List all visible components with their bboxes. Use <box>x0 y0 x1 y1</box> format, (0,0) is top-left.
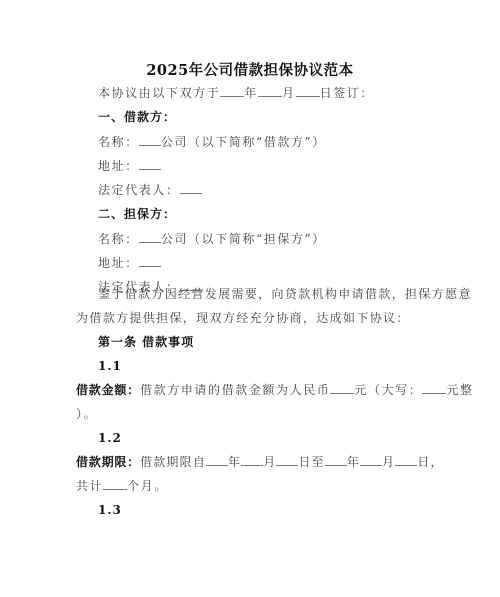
intro-year: 年 <box>244 86 258 100</box>
loan-amount-uppercase-label: 元（大写： <box>354 383 422 397</box>
blank-end-day <box>395 453 417 466</box>
guarantor-heading: 二、担保方： <box>98 205 458 223</box>
borrower-address-line: 地址： <box>98 157 458 175</box>
blank-end-year <box>325 453 347 466</box>
blank-start-day <box>276 453 298 466</box>
intro-suffix: 日签订： <box>320 86 374 100</box>
blank-amount-figures <box>330 381 354 394</box>
loan-term-text: 借款期限自 <box>140 455 206 469</box>
borrower-heading: 一、借款方： <box>98 108 458 126</box>
intro-line: 本协议由以下双方于年月日签订： <box>98 84 458 102</box>
clause-1-2-line: 借款期限：借款期限自年月日至年月日， <box>76 453 436 471</box>
blank-borrower-name <box>139 133 161 146</box>
intro-month: 月 <box>282 86 296 100</box>
blank-year <box>220 84 244 97</box>
borrower-name-label: 名称： <box>98 135 139 149</box>
end-month-unit: 月 <box>382 455 395 469</box>
blank-start-year <box>206 453 228 466</box>
blank-borrower-address <box>139 157 161 170</box>
document-title: 2025年公司借款担保协议范本 <box>0 59 500 80</box>
total-suffix: 个月。 <box>127 479 168 493</box>
loan-amount-text: 借款方申请的借款金额为人民币 <box>140 383 330 397</box>
blank-start-month <box>241 453 263 466</box>
end-day-unit: 日， <box>417 455 443 469</box>
blank-total-months <box>103 477 127 490</box>
blank-guarantor-name <box>139 230 161 243</box>
clause-1-2-total: 共计个月。 <box>76 477 436 495</box>
blank-month <box>258 84 282 97</box>
loan-term-label: 借款期限： <box>76 455 140 469</box>
borrower-name-suffix: 公司（以下简称“借款方”） <box>161 135 326 149</box>
blank-end-month <box>360 453 382 466</box>
blank-day <box>296 84 320 97</box>
blank-guarantor-address <box>139 254 161 267</box>
guarantor-name-line: 名称：公司（以下简称“担保方”） <box>98 230 458 248</box>
borrower-address-label: 地址： <box>98 159 139 173</box>
loan-amount-label: 借款金额： <box>76 383 140 397</box>
document-page: 2025年公司借款担保协议范本 本协议由以下双方于年月日签订： 一、借款方： 名… <box>0 0 500 597</box>
guarantor-name-label: 名称： <box>98 232 139 246</box>
borrower-rep-line: 法定代表人： <box>98 181 458 199</box>
preamble-line-2: 为借款方提供担保，现双方经充分协商，达成如下协议： <box>76 309 436 327</box>
total-prefix: 共计 <box>76 479 103 493</box>
blank-borrower-rep <box>180 181 202 194</box>
loan-amount-unit: 元整 <box>446 383 473 397</box>
start-year-unit: 年 <box>228 455 241 469</box>
article1-heading: 第一条 借款事项 <box>98 333 458 351</box>
clause-1-1-number: 1.1 <box>98 357 458 375</box>
borrower-name-line: 名称：公司（以下简称“借款方”） <box>98 133 458 151</box>
borrower-rep-label: 法定代表人： <box>98 183 180 197</box>
start-day-unit: 日至 <box>298 455 324 469</box>
clause-1-1-line: 借款金额：借款方申请的借款金额为人民币元（大写：元整 <box>76 381 436 399</box>
preamble-line-1: 鉴于借款方因经营发展需要，向贷款机构申请借款，担保方愿意 <box>98 285 458 303</box>
end-year-unit: 年 <box>347 455 360 469</box>
guarantor-address-line: 地址： <box>98 254 458 272</box>
guarantor-address-label: 地址： <box>98 256 139 270</box>
start-month-unit: 月 <box>263 455 276 469</box>
clause-1-2-number: 1.2 <box>98 429 458 447</box>
blank-amount-words <box>422 381 446 394</box>
intro-prefix: 本协议由以下双方于 <box>98 86 220 100</box>
clause-1-3-number: 1.3 <box>98 501 458 519</box>
guarantor-name-suffix: 公司（以下简称“担保方”） <box>161 232 326 246</box>
clause-1-1-close: ）。 <box>76 405 436 423</box>
